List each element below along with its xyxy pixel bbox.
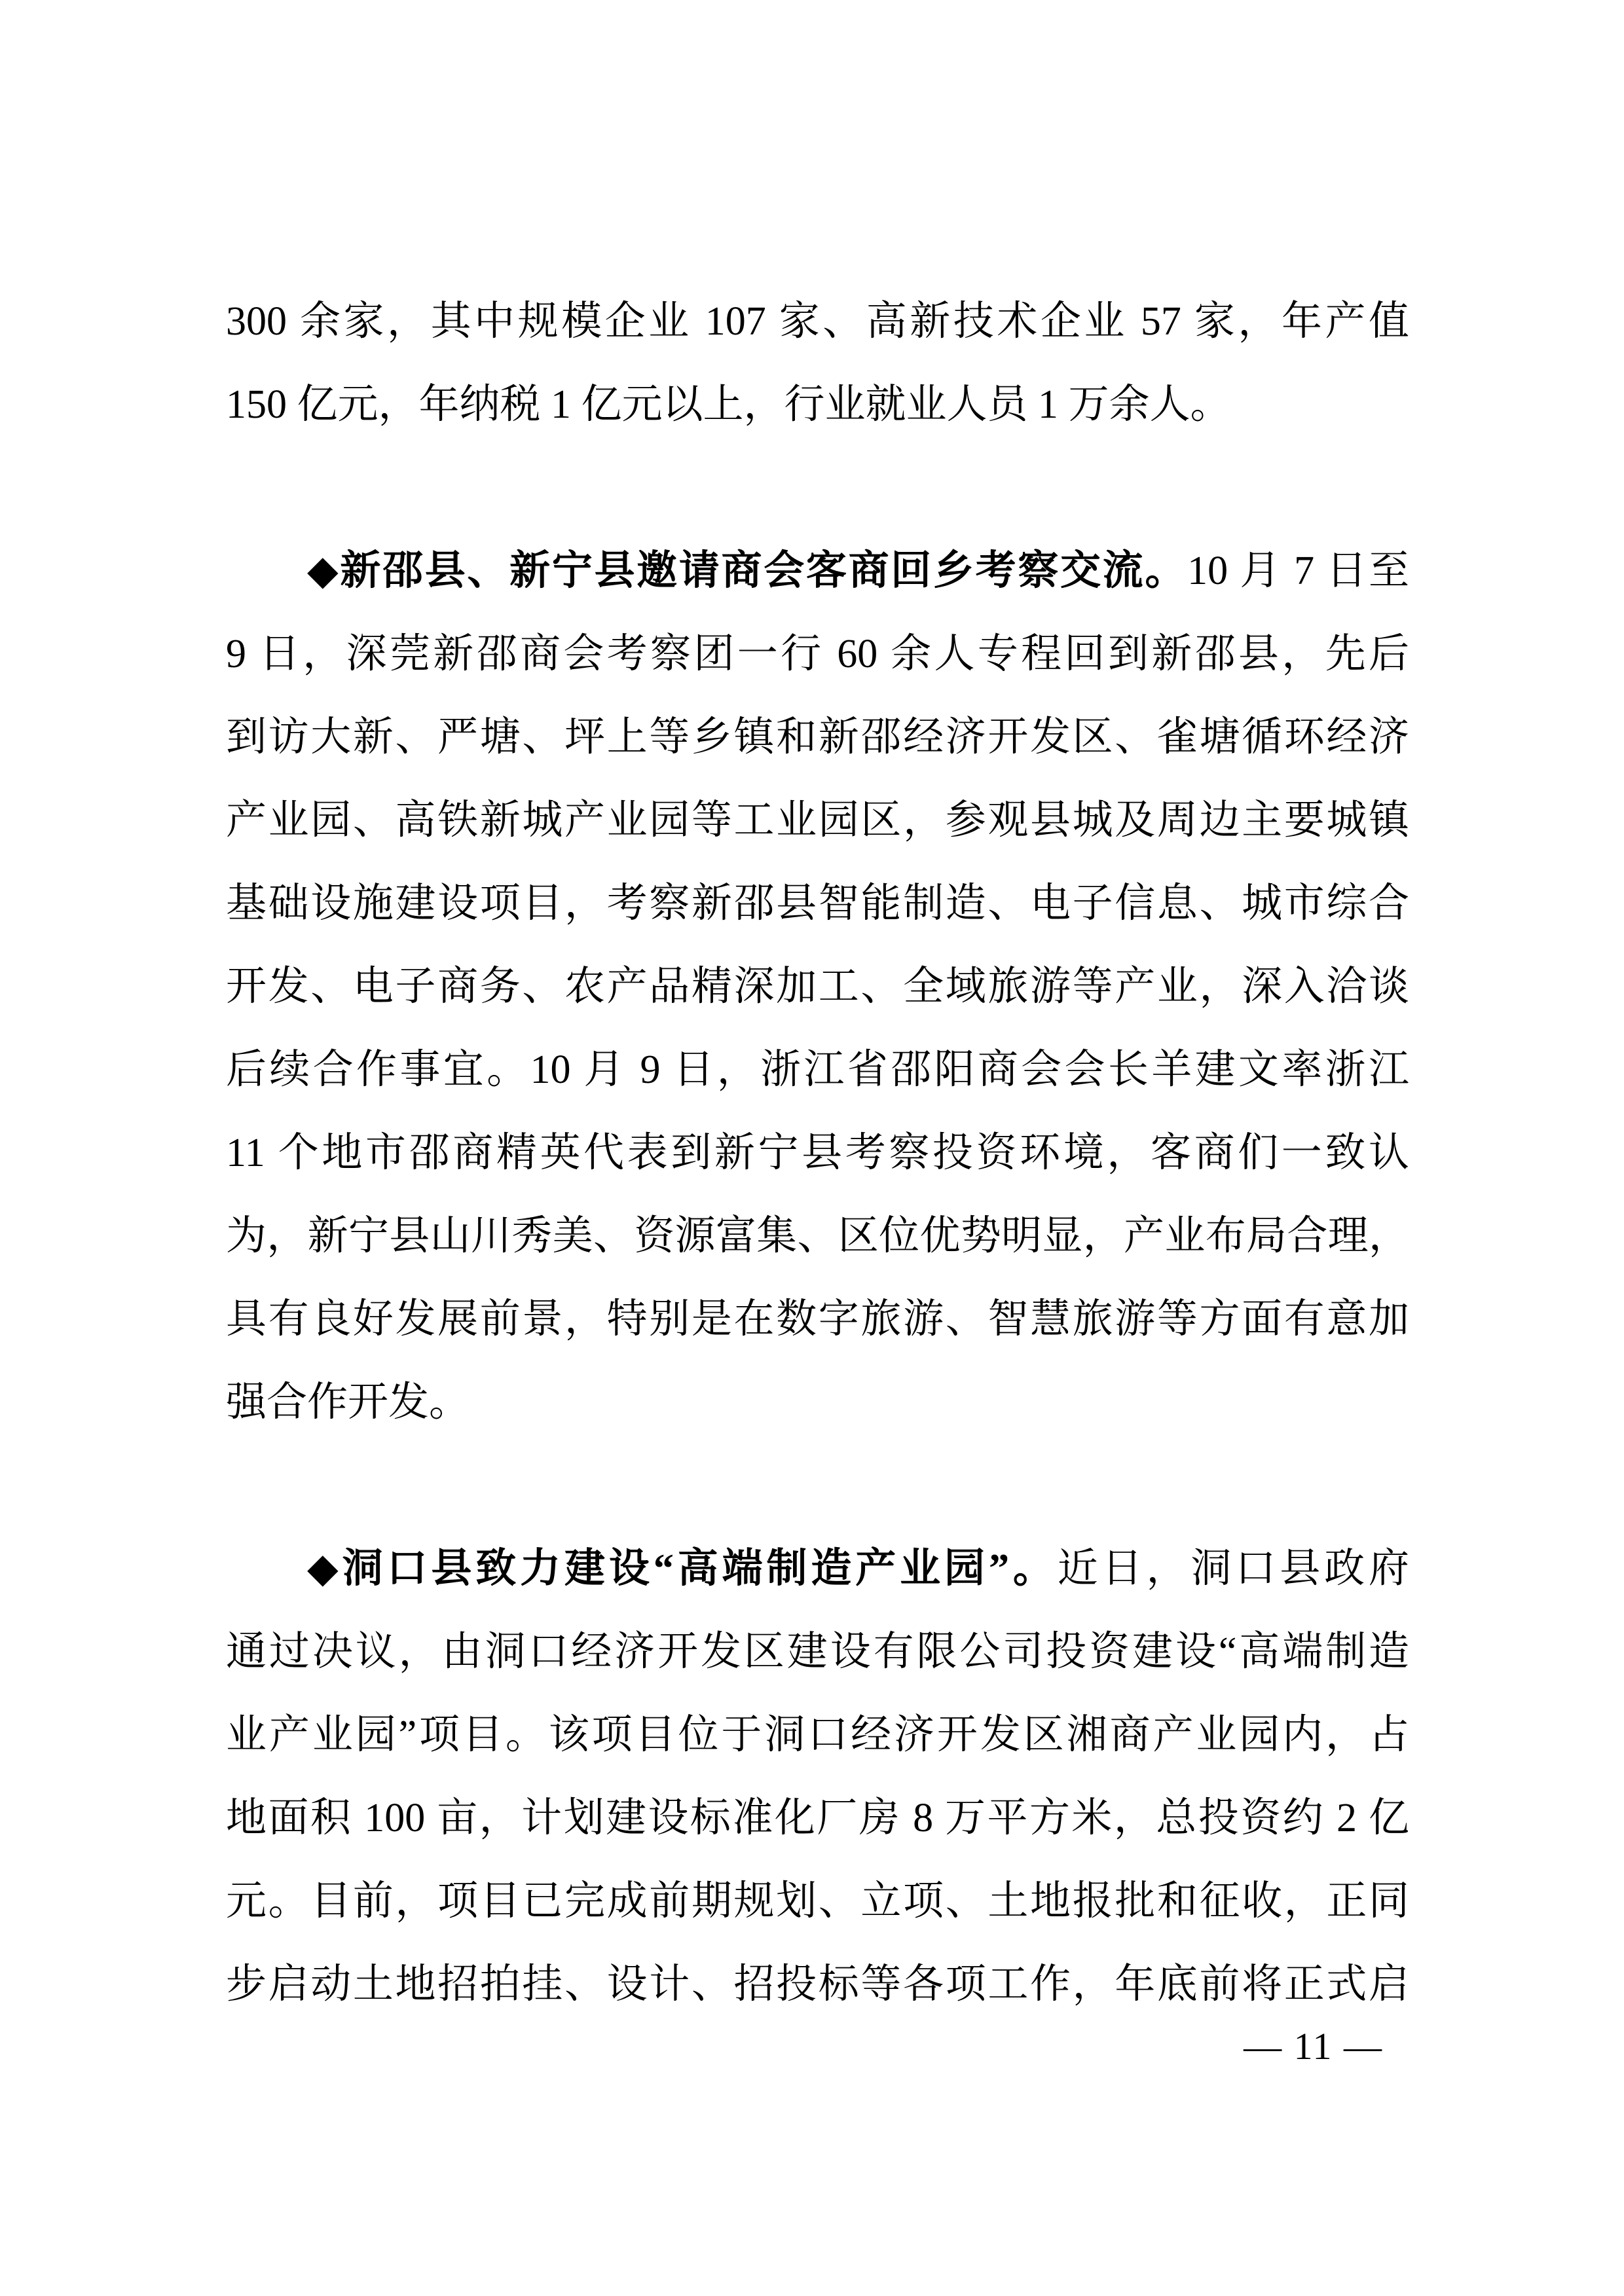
body-line: 150 亿元，年纳税 1 亿元以上，行业就业人员 1 万余人。 <box>226 363 1409 446</box>
paragraph-lead-rest: 近日，洞口县政府 <box>1058 1546 1409 1591</box>
paragraph-spacer <box>226 446 1409 530</box>
paragraph-lead-rest: 10 月 7 日至 <box>1187 549 1409 593</box>
body-line: 元。目前，项目已完成前期规划、立项、土地报批和征收，正同 <box>226 1860 1409 1943</box>
page-number: — 11 — <box>1244 2005 1383 2088</box>
document-body: 300 余家，其中规模企业 107 家、高新技术企业 57 家，年产值 150 … <box>226 280 1409 2026</box>
body-line: 9 日，深莞新邵商会考察团一行 60 余人专程回到新邵县，先后 <box>226 613 1409 696</box>
paragraph-1: 300 余家，其中规模企业 107 家、高新技术企业 57 家，年产值 150 … <box>226 280 1409 446</box>
body-line: ◆洞口县致力建设“高端制造产业园”。近日，洞口县政府 <box>226 1527 1409 1611</box>
body-line: 开发、电子商务、农产品精深加工、全域旅游等产业，深入洽谈 <box>226 945 1409 1029</box>
paragraph-2: ◆新邵县、新宁县邀请商会客商回乡考察交流。10 月 7 日至 9 日，深莞新邵商… <box>226 530 1409 1444</box>
document-page: 300 余家，其中规模企业 107 家、高新技术企业 57 家，年产值 150 … <box>0 0 1624 2296</box>
body-line: 业产业园”项目。该项目位于洞口经济开发区湘商产业园内，占 <box>226 1694 1409 1777</box>
body-line: 基础设施建设项目，考察新邵县智能制造、电子信息、城市综合 <box>226 862 1409 945</box>
paragraph-spacer <box>226 1444 1409 1527</box>
body-line: 强合作开发。 <box>226 1361 1409 1444</box>
paragraph-3: ◆洞口县致力建设“高端制造产业园”。近日，洞口县政府 通过决议，由洞口经济开发区… <box>226 1527 1409 2026</box>
paragraph-lead: ◆洞口县致力建设“高端制造产业园”。 <box>307 1546 1058 1591</box>
body-line: 11 个地市邵商精英代表到新宁县考察投资环境，客商们一致认 <box>226 1112 1409 1195</box>
paragraph-lead: ◆新邵县、新宁县邀请商会客商回乡考察交流。 <box>307 549 1187 593</box>
body-line: 产业园、高铁新城产业园等工业园区，参观县城及周边主要城镇 <box>226 779 1409 862</box>
body-line: 地面积 100 亩，计划建设标准化厂房 8 万平方米，总投资约 2 亿 <box>226 1777 1409 1860</box>
body-line: 后续合作事宜。10 月 9 日，浙江省邵阳商会会长羊建文率浙江 <box>226 1029 1409 1112</box>
body-line: 通过决议，由洞口经济开发区建设有限公司投资建设“高端制造 <box>226 1611 1409 1694</box>
body-line: 步启动土地招拍挂、设计、招投标等各项工作，年底前将正式启 <box>226 1943 1409 2026</box>
body-line: 为，新宁县山川秀美、资源富集、区位优势明显，产业布局合理， <box>226 1195 1409 1278</box>
body-line: 到访大新、严塘、坪上等乡镇和新邵经济开发区、雀塘循环经济 <box>226 696 1409 779</box>
body-line: 具有良好发展前景，特别是在数字旅游、智慧旅游等方面有意加 <box>226 1278 1409 1361</box>
body-line: ◆新邵县、新宁县邀请商会客商回乡考察交流。10 月 7 日至 <box>226 530 1409 613</box>
body-line: 300 余家，其中规模企业 107 家、高新技术企业 57 家，年产值 <box>226 280 1409 363</box>
